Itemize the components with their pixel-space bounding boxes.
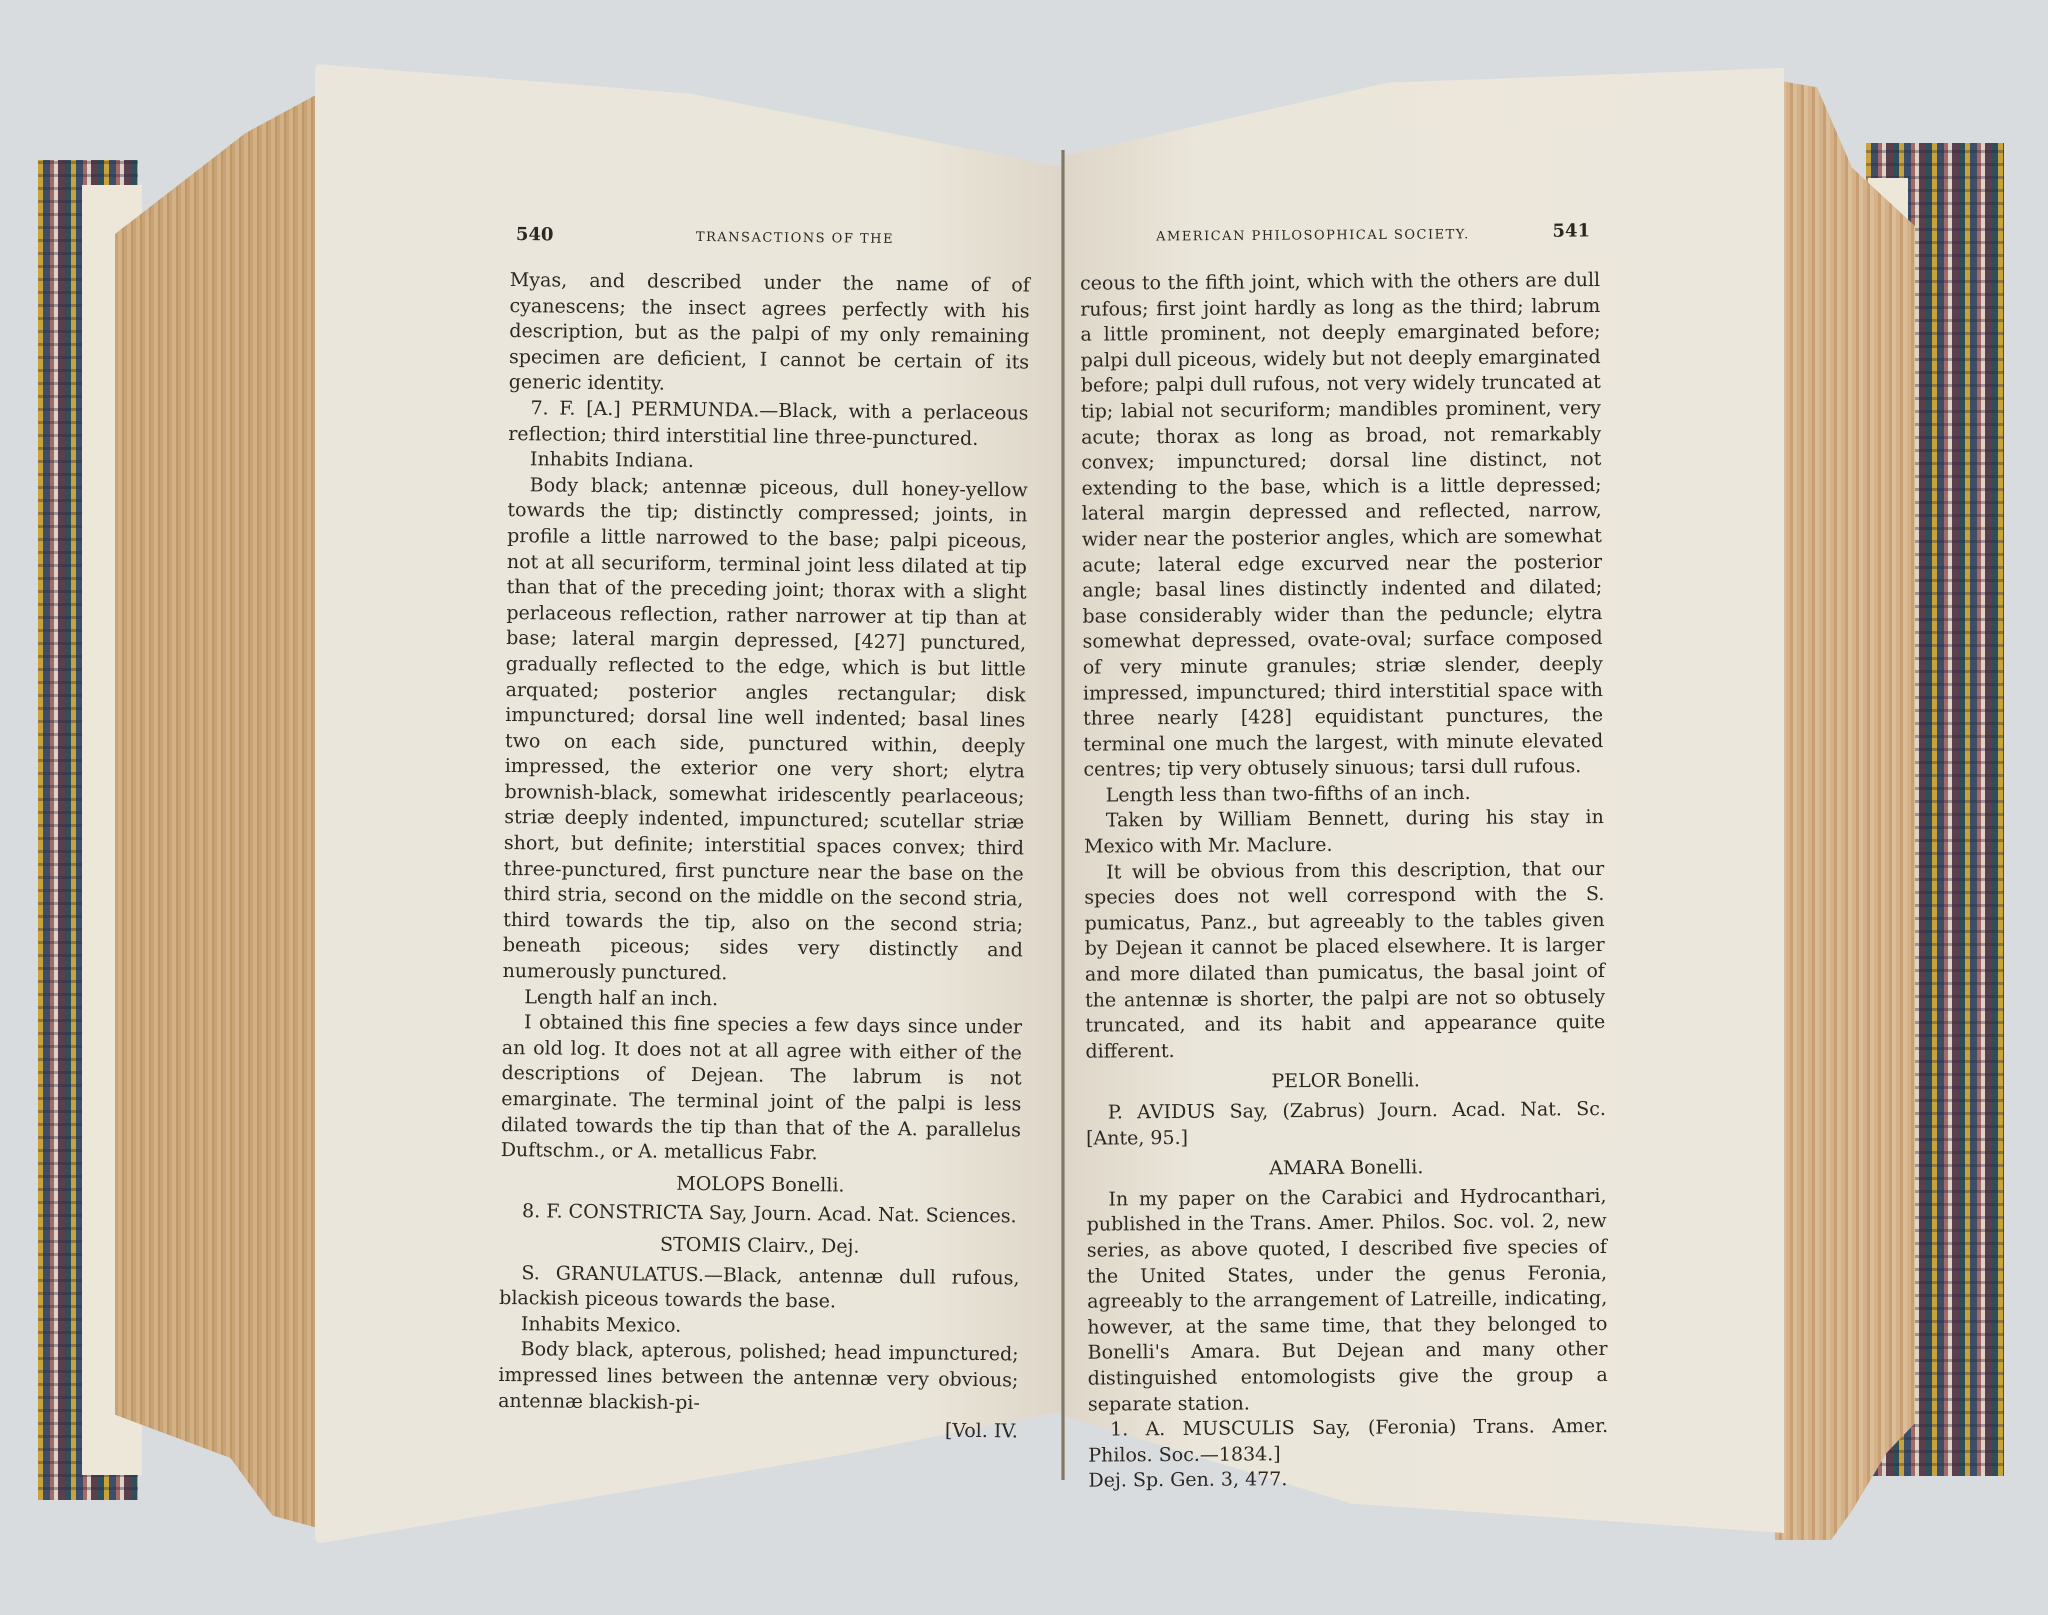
genus-heading: AMARA Bonelli. xyxy=(1086,1154,1606,1183)
book-gutter xyxy=(1061,150,1065,1480)
species-entry: P. AVIDUS Say, (Zabrus) Journ. Acad. Nat… xyxy=(1086,1097,1606,1152)
species-entry: 7. F. [A.] PERMUNDA.—Black, with a perla… xyxy=(508,396,1029,453)
paragraph: It will be obvious from this description… xyxy=(1084,857,1605,1065)
page-number-left: 540 xyxy=(516,224,554,245)
running-head-right: AMERICAN PHILOSOPHICAL SOCIETY. xyxy=(1156,227,1470,244)
genus-heading: STOMIS Clairv., Dej. xyxy=(500,1231,1020,1262)
page-block-edge-left xyxy=(115,90,325,1530)
paragraph: Body black; antennæ piceous, dull honey-… xyxy=(502,473,1027,990)
species-entry: 8. F. CONSTRICTA Say, Journ. Acad. Nat. … xyxy=(500,1199,1020,1230)
right-page-text: ceous to the fifth joint, which with the… xyxy=(1080,268,1609,1495)
paragraph: Myas, and described under the name of of… xyxy=(509,268,1030,401)
genus-heading: MOLOPS Bonelli. xyxy=(500,1170,1020,1201)
species-entry: 1. A. MUSCULIS Say, (Feronia) Trans. Ame… xyxy=(1088,1414,1608,1469)
paragraph: ceous to the fifth joint, which with the… xyxy=(1080,268,1604,783)
running-head-left: TRANSACTIONS OF THE xyxy=(696,230,894,247)
paragraph: I obtained this fine species a few days … xyxy=(501,1010,1023,1169)
paragraph: Taken by William Bennett, during his sta… xyxy=(1084,805,1604,860)
page-number-right: 541 xyxy=(1552,220,1590,241)
paragraph: Length less than two-fifths of an inch. xyxy=(1084,780,1604,809)
page-block-edge-right xyxy=(1775,80,1915,1540)
catchword: [Vol. IV. xyxy=(498,1414,1018,1445)
paragraph: Body black, apterous, polished; head imp… xyxy=(498,1337,1019,1419)
paragraph: In my paper on the Carabici and Hydrocan… xyxy=(1086,1184,1608,1418)
genus-heading: PELOR Bonelli. xyxy=(1086,1067,1606,1096)
left-page-text: Myas, and described under the name of of… xyxy=(498,268,1030,1445)
citation: Dej. Sp. Gen. 3, 477. xyxy=(1088,1465,1608,1494)
species-entry: S. GRANULATUS.—Black, antennæ dull rufou… xyxy=(499,1261,1020,1318)
